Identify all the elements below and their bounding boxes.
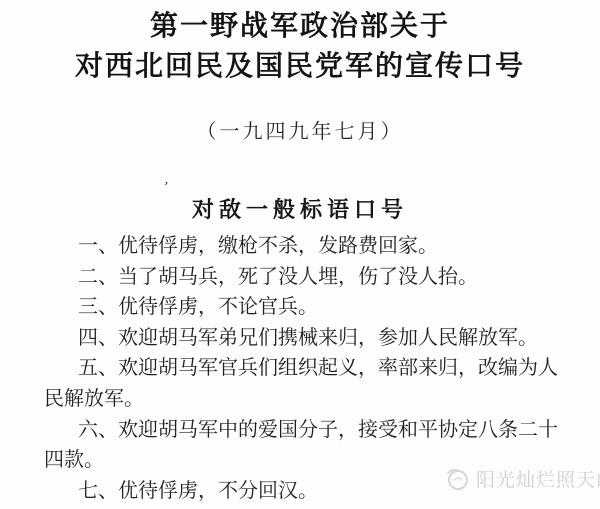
title-line-2: 对西北回民及国民党军的宣传口号	[0, 46, 600, 86]
slogan-item-4: 四、欢迎胡马军弟兄们携械来归，参加人民解放军。	[44, 323, 564, 354]
slogan-item-1: 一、优待俘虏，缴枪不杀，发路费回家。	[44, 231, 564, 262]
document-page: 第一野战军政治部关于 对西北回民及国民党军的宣传口号 （一九四九年七月） ’ 对…	[0, 0, 600, 509]
watermark: 阳光灿烂照天山	[444, 465, 600, 492]
section-heading: 对敌一般标语口号	[0, 193, 600, 224]
title-line-1: 第一野战军政治部关于	[0, 6, 600, 46]
document-date: （一九四九年七月）	[0, 115, 600, 144]
watermark-logo-icon	[444, 465, 471, 492]
watermark-text: 阳光灿烂照天山	[476, 465, 600, 492]
slogan-item-2: 二、当了胡马兵，死了没人埋，伤了没人抬。	[44, 262, 564, 293]
document-title: 第一野战军政治部关于 对西北回民及国民党军的宣传口号	[0, 6, 600, 86]
slogan-item-5: 五、欢迎胡马军官兵们组织起义，率部来归，改编为人民解放军。	[44, 353, 564, 414]
slogan-item-3: 三、优待俘虏，不论官兵。	[44, 292, 564, 323]
